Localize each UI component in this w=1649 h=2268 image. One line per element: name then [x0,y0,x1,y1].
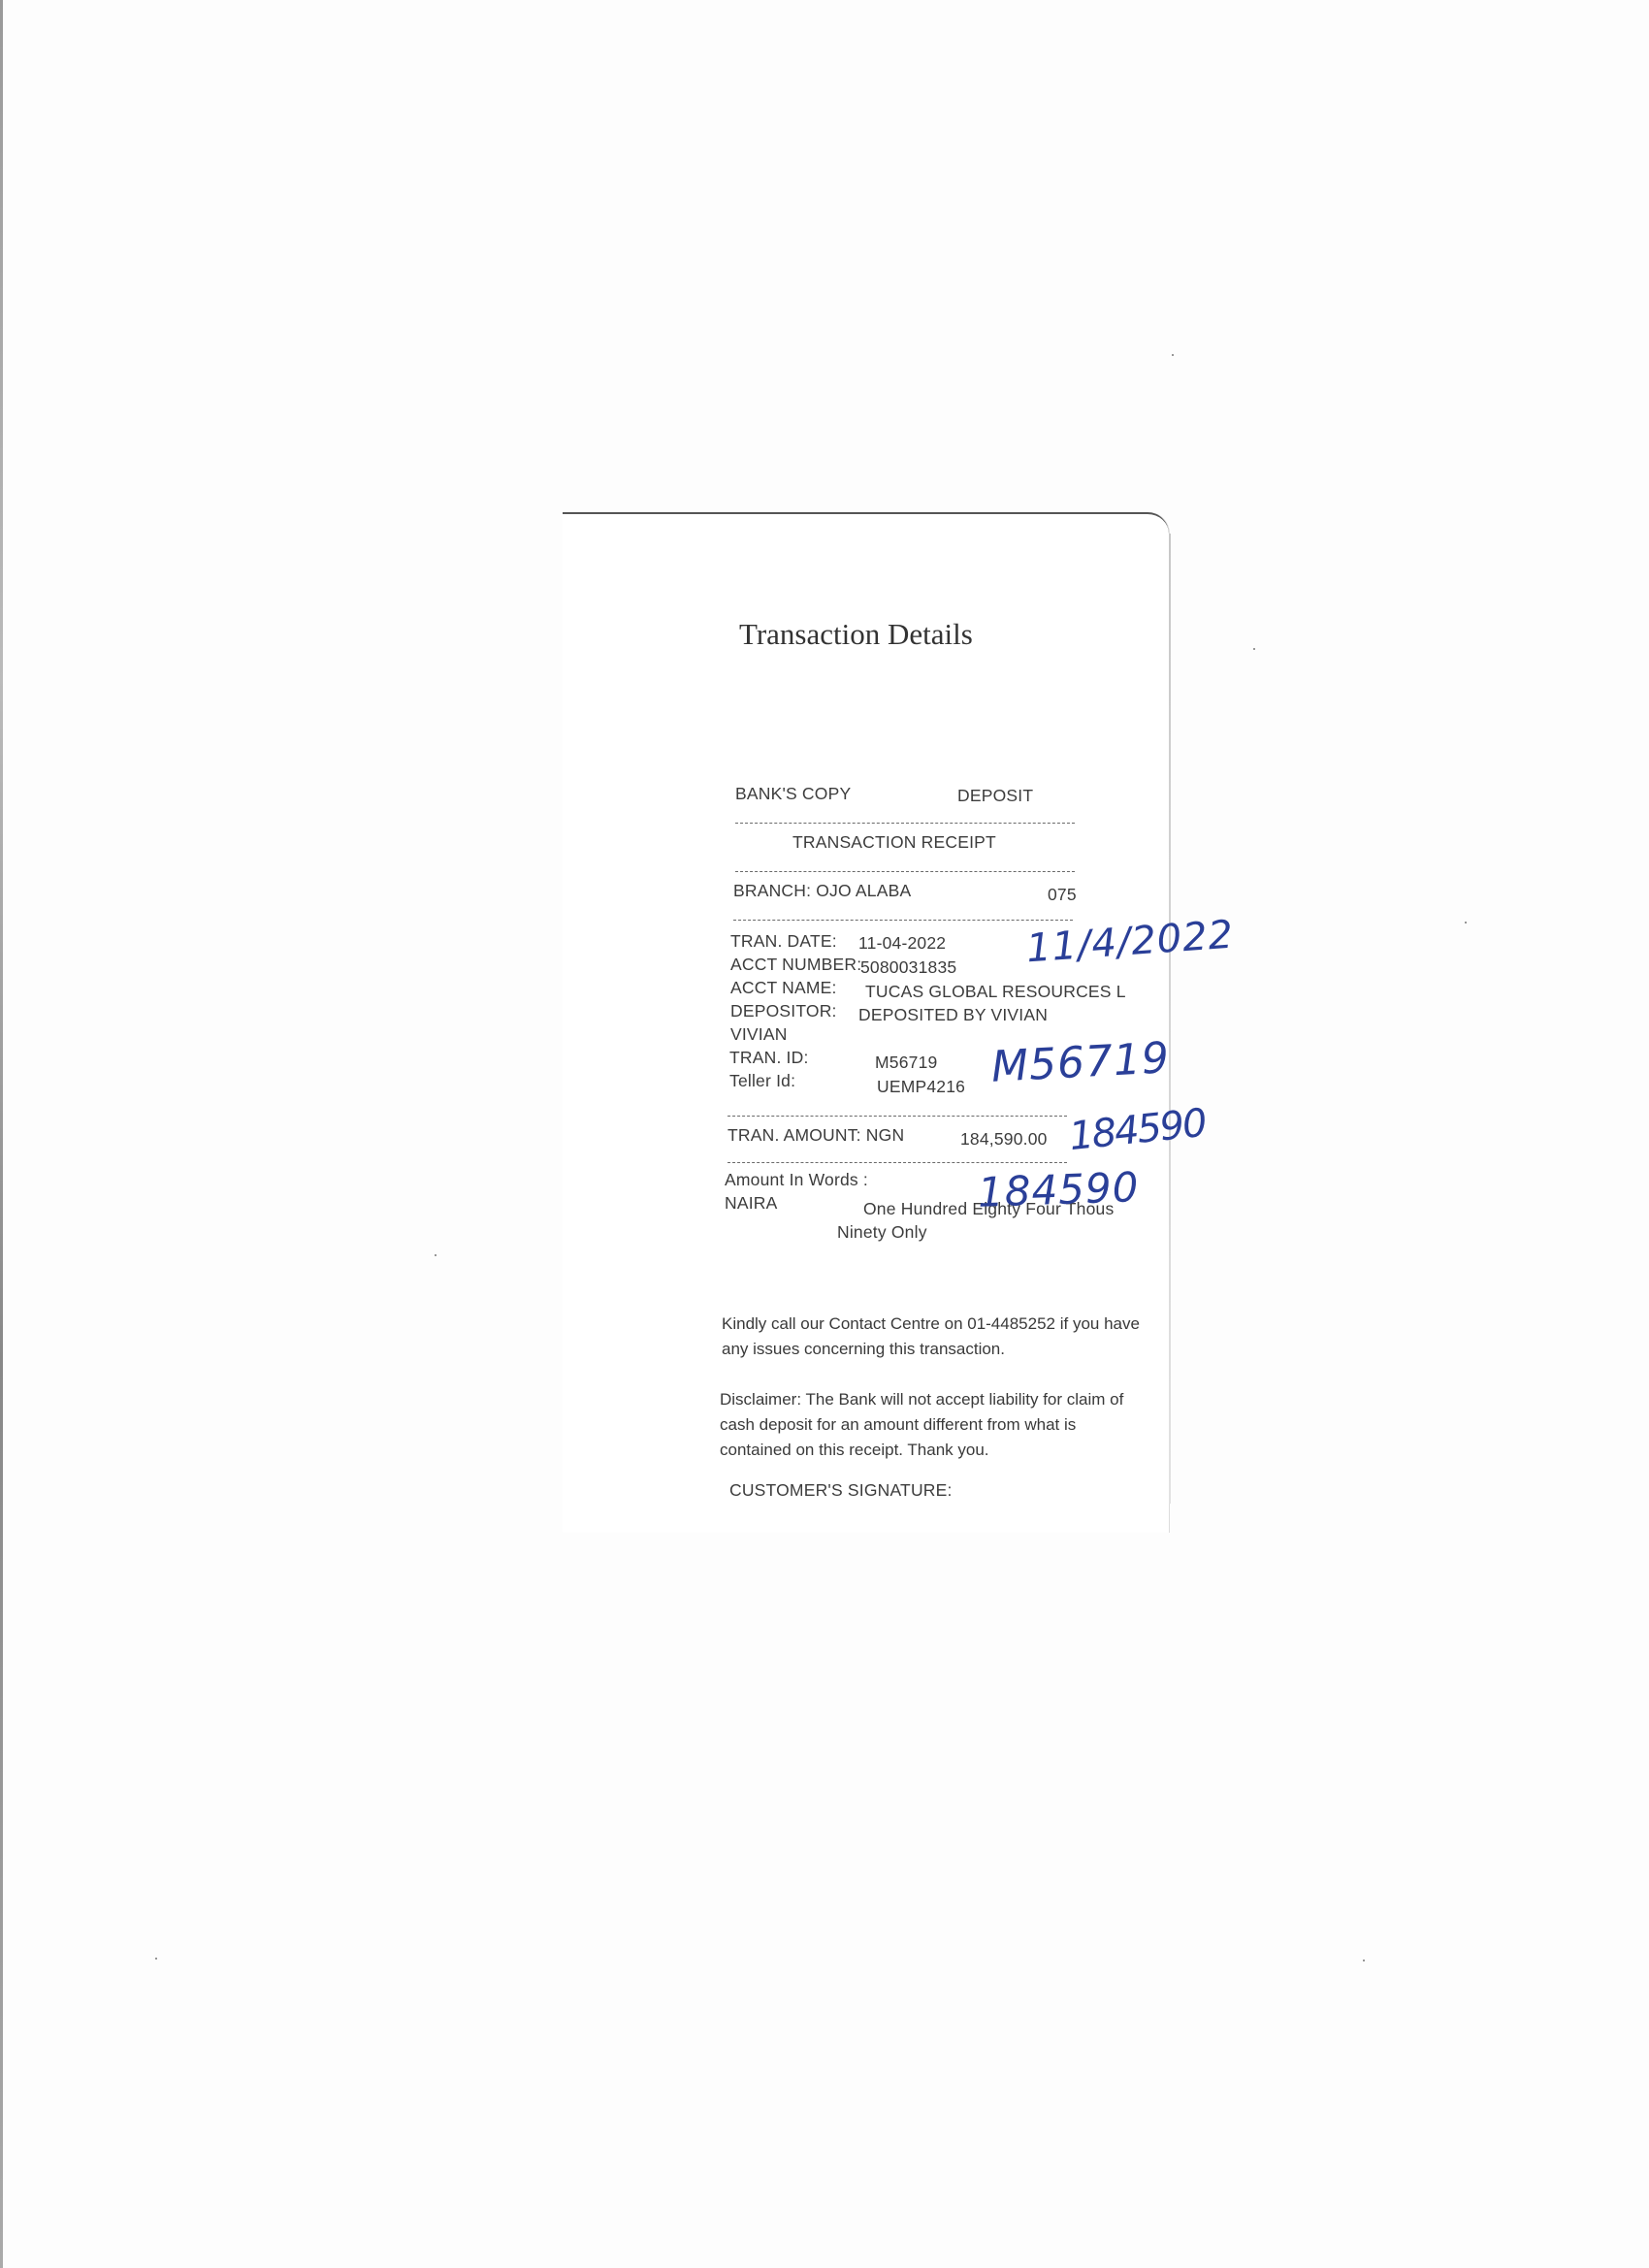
field-label-tran-date: TRAN. DATE: [730,931,837,952]
handwritten-amount-2: 184590 [977,1163,1140,1216]
field-label-acct-name: ACCT NAME: [730,978,837,998]
handwritten-date: 11/4/2022 [1025,913,1236,972]
handwritten-amount-1: 184590 [1067,1101,1208,1159]
scan-speck [1465,922,1467,923]
field-value-teller-id: UEMP4216 [877,1077,965,1097]
amount-label: TRAN. AMOUNT: NGN [727,1125,904,1146]
receipt-edge [1169,534,1171,1504]
divider [735,823,1075,824]
field-value-tran-date: 11-04-2022 [858,933,946,954]
transaction-type: DEPOSIT [957,786,1033,806]
scan-left-edge [0,0,3,2268]
field-label-depositor: DEPOSITOR: [730,1001,837,1021]
divider [727,1116,1067,1117]
field-label-depositor-cont: VIVIAN [730,1024,788,1045]
contact-note: Kindly call our Contact Centre on 01-448… [722,1312,1148,1362]
field-label-tran-id: TRAN. ID: [729,1048,809,1068]
field-value-depositor: DEPOSITED BY VIVIAN [858,1005,1048,1025]
deposit-receipt: Transaction Details BANK'S COPY DEPOSIT … [563,512,1169,1533]
divider [727,1162,1067,1163]
handwritten-tran-id: M56719 [990,1033,1171,1092]
amount-value: 184,590.00 [960,1129,1048,1150]
field-value-acct-name: TUCAS GLOBAL RESOURCES L [865,982,1126,1002]
scan-speck [155,1958,157,1960]
scan-speck [1253,648,1255,650]
copy-label: BANK'S COPY [735,784,851,804]
scan-speck [1172,354,1174,356]
branch-code: 075 [1048,885,1077,905]
divider [733,920,1073,921]
receipt-heading: TRANSACTION RECEIPT [792,832,996,853]
amount-words-label: Amount In Words : [725,1170,868,1190]
signature-label: CUSTOMER'S SIGNATURE: [729,1480,953,1501]
scan-speck [435,1254,436,1256]
scan-speck [1363,1960,1365,1961]
field-label-acct-number: ACCT NUMBER: [730,955,861,975]
field-label-teller-id: Teller Id: [729,1071,795,1091]
divider [735,871,1075,872]
currency-word: NAIRA [725,1193,777,1214]
field-value-acct-number: 5080031835 [860,957,956,978]
amount-words-line2: Ninety Only [837,1222,927,1243]
field-value-tran-id: M56719 [875,1053,937,1073]
disclaimer: Disclaimer: The Bank will not accept lia… [720,1387,1147,1463]
page-title: Transaction Details [739,617,973,652]
branch-label: BRANCH: OJO ALABA [733,881,911,901]
